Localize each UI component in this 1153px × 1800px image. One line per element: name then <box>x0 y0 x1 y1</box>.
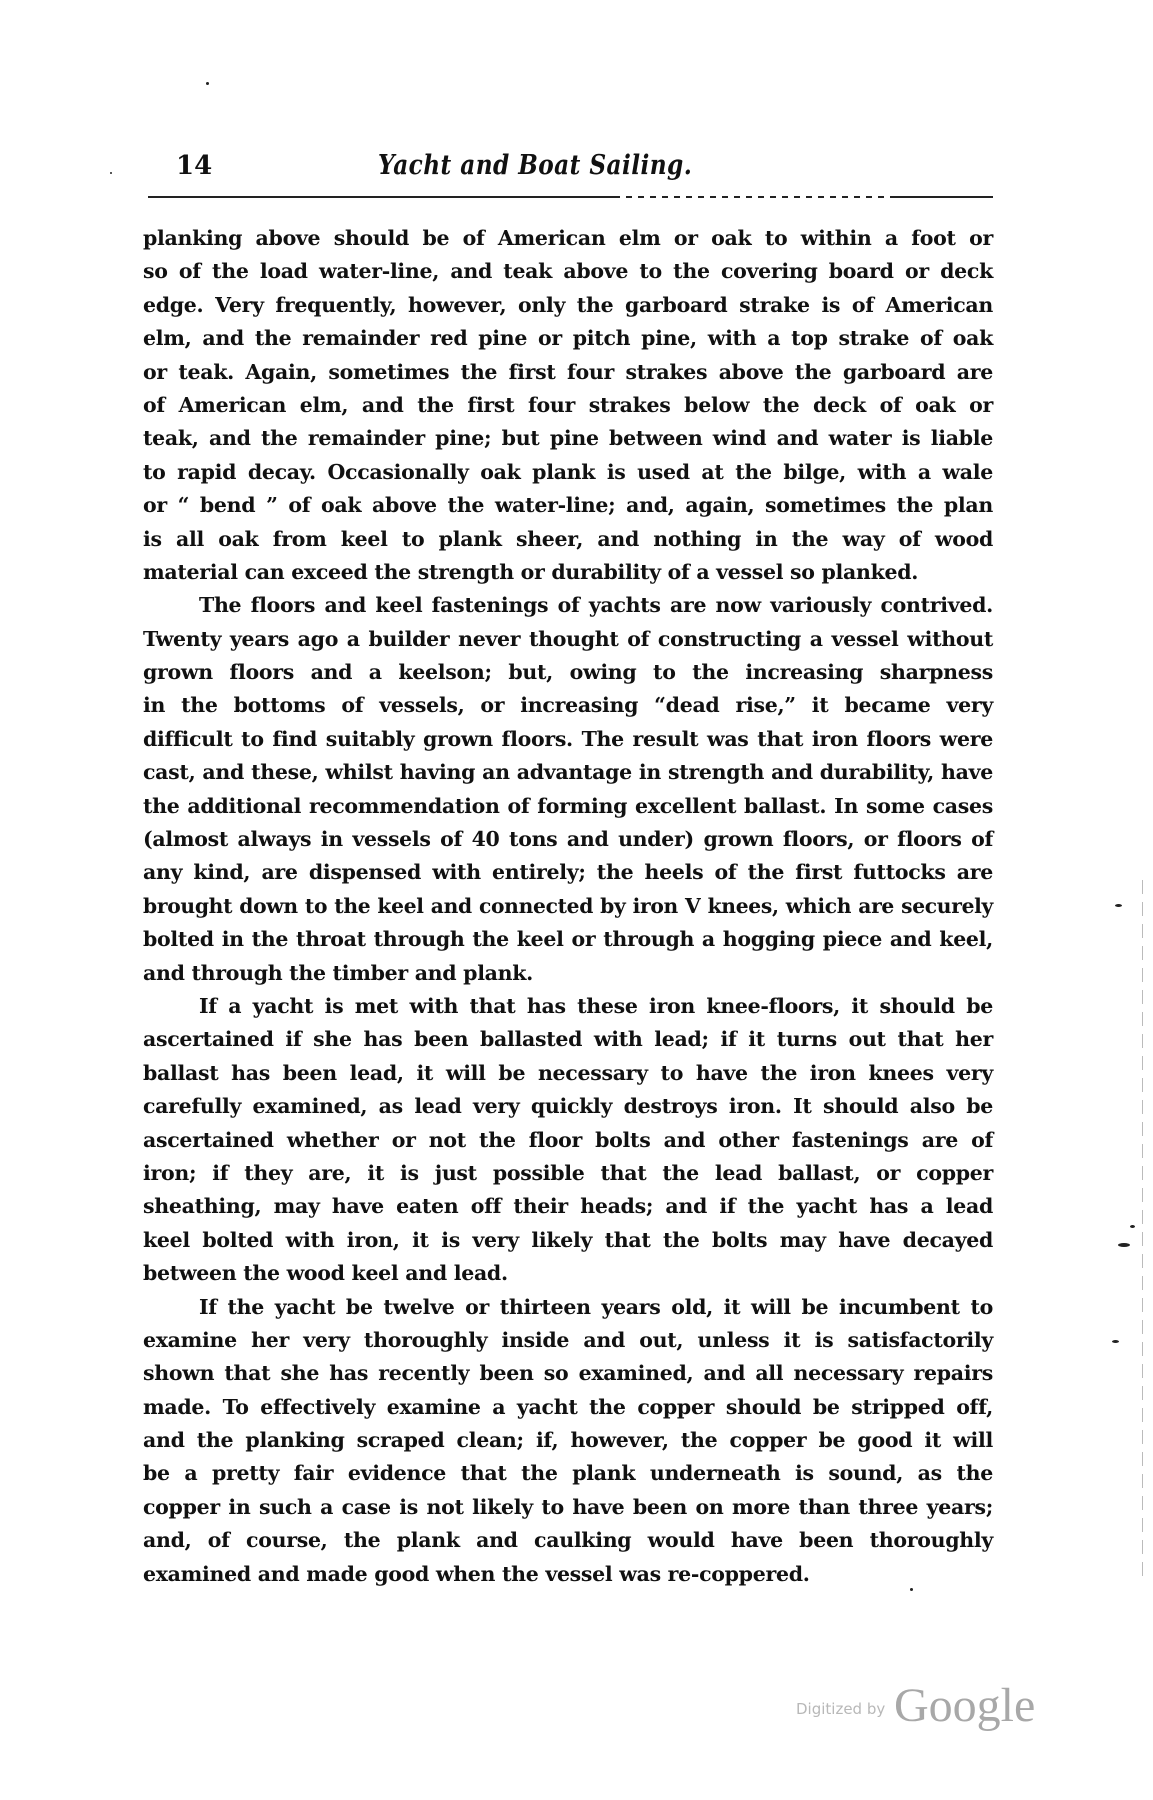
text-line: difficult to find suitably grown floors.… <box>143 723 993 756</box>
scan-speck <box>1115 904 1122 907</box>
text-line: material can exceed the strength or dura… <box>143 556 993 589</box>
text-line: ballast has been lead, it will be necess… <box>143 1057 993 1090</box>
text-line: or “ bend ” of oak above the water-line;… <box>143 489 993 522</box>
text-line: (almost always in vessels of 40 tons and… <box>143 823 993 856</box>
book-page: 14 Yacht and Boat Sailing. planking abov… <box>0 0 1153 1800</box>
text-line: examined and made good when the vessel w… <box>143 1558 993 1591</box>
text-line: ascertained whether or not the floor bol… <box>143 1124 993 1157</box>
text-line: shown that she has recently been so exam… <box>143 1357 993 1390</box>
page-edge-line <box>1142 880 1143 1580</box>
text-line: and through the timber and plank. <box>143 957 993 990</box>
text-line: to rapid decay. Occasionally oak plank i… <box>143 456 993 489</box>
scan-speck <box>910 1588 913 1591</box>
text-line: planking above should be of American elm… <box>143 222 993 255</box>
text-line: keel bolted with iron, it is very likely… <box>143 1224 993 1257</box>
text-line: bolted in the throat through the keel or… <box>143 923 993 956</box>
text-line: cast, and these, whilst having an advant… <box>143 756 993 789</box>
text-line: carefully examined, as lead very quickly… <box>143 1090 993 1123</box>
digitized-by-google-watermark: Digitized by Google <box>796 1680 1056 1740</box>
text-line: iron; if they are, it is just possible t… <box>143 1157 993 1190</box>
text-line: the additional recommendation of forming… <box>143 790 993 823</box>
text-line: between the wood keel and lead. <box>143 1257 993 1290</box>
text-line: If the yacht be twelve or thirteen years… <box>143 1291 993 1324</box>
text-line: any kind, are dispensed with entirely; t… <box>143 856 993 889</box>
text-line: in the bottoms of vessels, or increasing… <box>143 689 993 722</box>
scan-speck <box>110 172 112 174</box>
text-line: elm, and the remainder red pine or pitch… <box>143 322 993 355</box>
text-line: The floors and keel fastenings of yachts… <box>143 589 993 622</box>
body-text: planking above should be of American elm… <box>143 222 993 1591</box>
text-line: teak, and the remainder pine; but pine b… <box>143 422 993 455</box>
scan-speck <box>1112 1340 1119 1343</box>
text-line: sheathing, may have eaten off their head… <box>143 1190 993 1223</box>
scan-speck <box>1130 1225 1135 1228</box>
google-logo-text: Google <box>894 1680 1035 1732</box>
text-line: grown floors and a keelson; but, owing t… <box>143 656 993 689</box>
text-line: examine her very thoroughly inside and o… <box>143 1324 993 1357</box>
text-line: edge. Very frequently, however, only the… <box>143 289 993 322</box>
text-line: be a pretty fair evidence that the plank… <box>143 1457 993 1490</box>
page-number: 14 <box>176 148 212 184</box>
text-line: is all oak from keel to plank sheer, and… <box>143 523 993 556</box>
text-line: Twenty years ago a builder never thought… <box>143 623 993 656</box>
running-title: Yacht and Boat Sailing. <box>378 148 692 184</box>
watermark-prefix: Digitized by <box>796 1700 885 1718</box>
text-line: ascertained if she has been ballasted wi… <box>143 1023 993 1056</box>
text-line: If a yacht is met with that has these ir… <box>143 990 993 1023</box>
text-line: made. To effectively examine a yacht the… <box>143 1391 993 1424</box>
text-line: so of the load water-line, and teak abov… <box>143 255 993 288</box>
header-rule-wear <box>620 196 890 199</box>
text-line: brought down to the keel and connected b… <box>143 890 993 923</box>
running-head: 14 Yacht and Boat Sailing. <box>143 148 993 188</box>
scan-speck <box>206 82 209 85</box>
text-line: copper in such a case is not likely to h… <box>143 1491 993 1524</box>
scan-speck <box>1118 1243 1130 1247</box>
text-line: or teak. Again, sometimes the first four… <box>143 356 993 389</box>
text-line: of American elm, and the first four stra… <box>143 389 993 422</box>
text-line: and the planking scraped clean; if, howe… <box>143 1424 993 1457</box>
text-line: and, of course, the plank and caulking w… <box>143 1524 993 1557</box>
